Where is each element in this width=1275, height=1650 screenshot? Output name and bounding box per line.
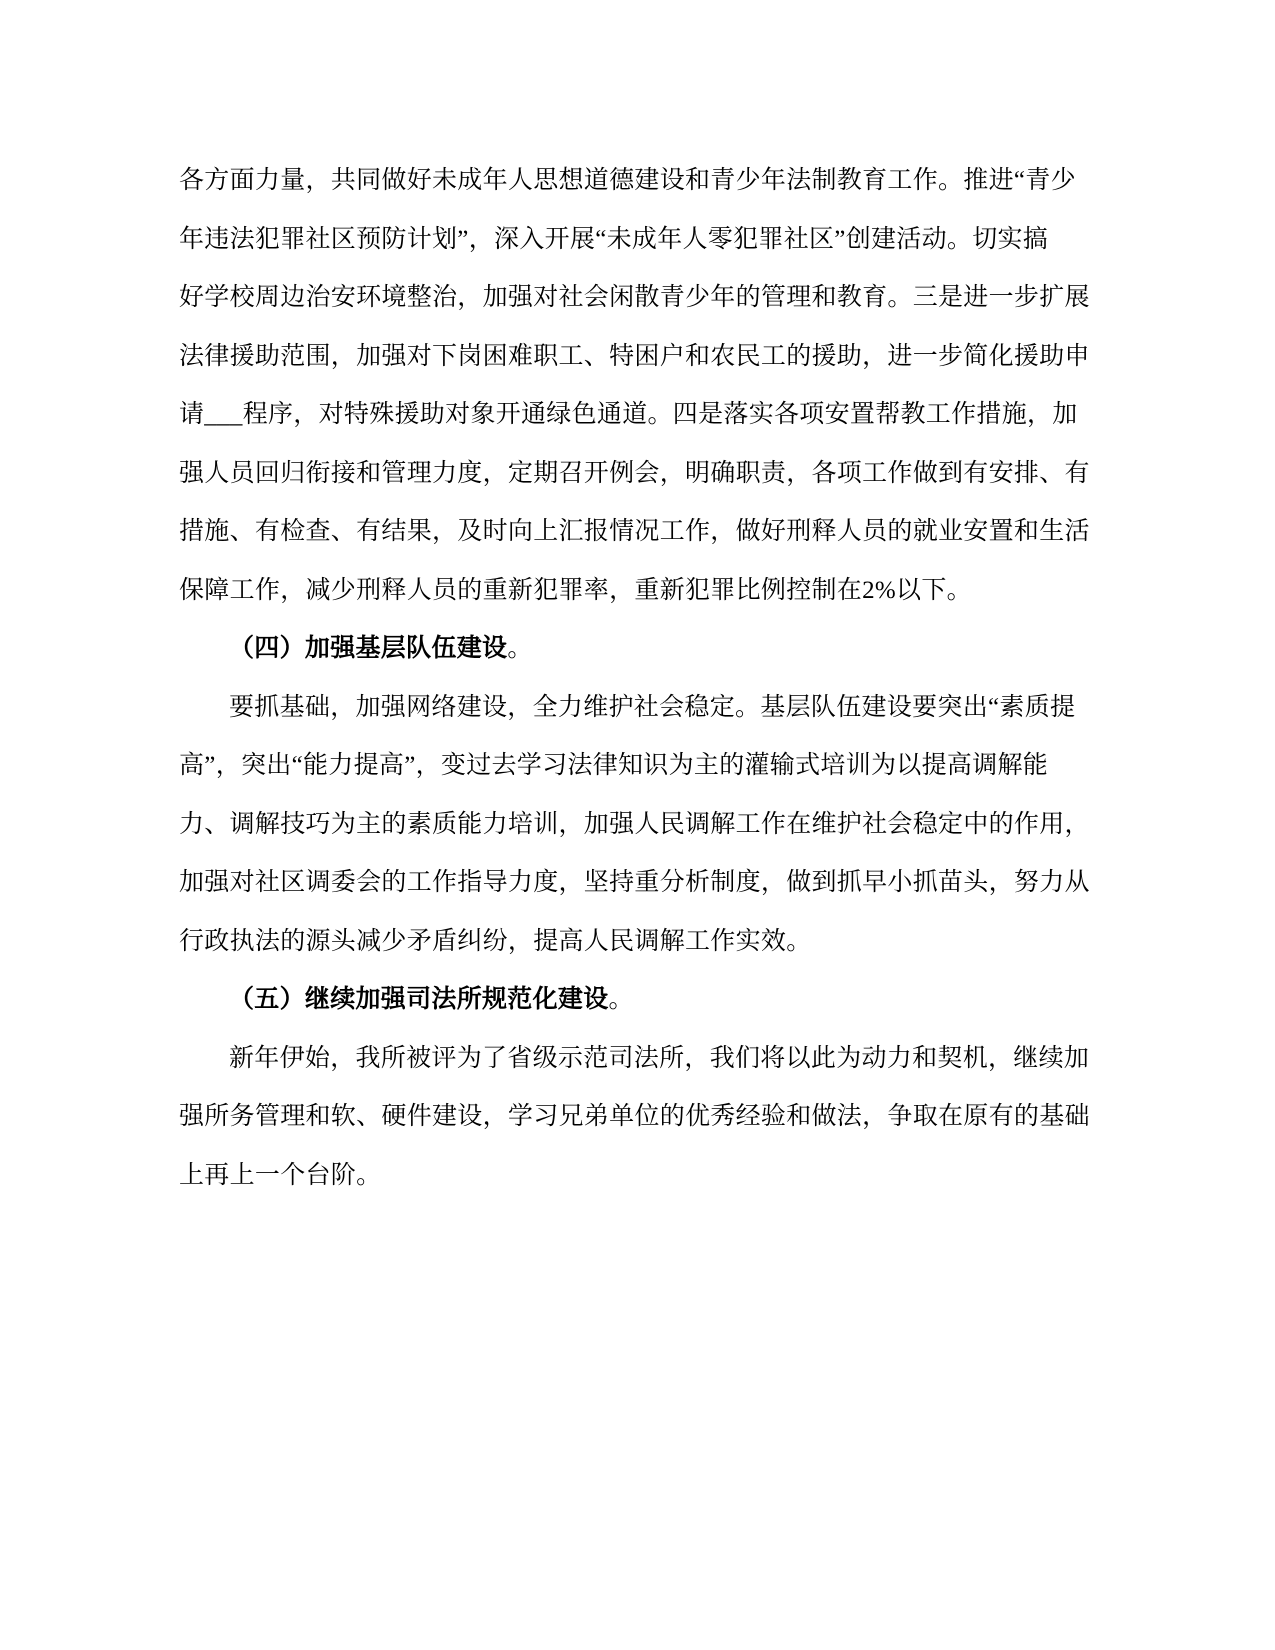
text-line-with-blank: 请___程序，对特殊援助对象开通绿色通道。四是落实各项安置帮教工作措施，加 bbox=[179, 386, 1093, 445]
section-heading-4-text: （四）加强基层队伍建设 bbox=[229, 635, 507, 662]
text-line: 好学校周边治安环境整治，加强对社会闲散青少年的管理和教育。三是进一步扩展 bbox=[179, 269, 1093, 328]
document-page: 各方面力量，共同做好未成年人思想道德建设和青少年法制教育工作。推进“青少 年违法… bbox=[0, 0, 1275, 1650]
section-heading-5-period: 。 bbox=[609, 986, 634, 1013]
document-text-block: 各方面力量，共同做好未成年人思想道德建设和青少年法制教育工作。推进“青少 年违法… bbox=[179, 152, 1093, 1205]
text-line: 行政执法的源头减少矛盾纠纷，提高人民调解工作实效。 bbox=[179, 913, 1093, 972]
section-heading-5-text: （五）继续加强司法所规范化建设 bbox=[229, 986, 609, 1013]
text-line: 各方面力量，共同做好未成年人思想道德建设和青少年法制教育工作。推进“青少 bbox=[179, 152, 1093, 211]
text-line: 强所务管理和软、硬件建设，学习兄弟单位的优秀经验和做法，争取在原有的基础 bbox=[179, 1088, 1093, 1147]
text-line: 上再上一个台阶。 bbox=[179, 1147, 1093, 1206]
text-line: 年违法犯罪社区预防计划”，深入开展“未成年人零犯罪社区”创建活动。切实搞 bbox=[179, 211, 1093, 270]
text-line: 加强对社区调委会的工作指导力度，坚持重分析制度，做到抓早小抓苗头，努力从 bbox=[179, 854, 1093, 913]
text-line: 保障工作，减少刑释人员的重新犯罪率，重新犯罪比例控制在2%以下。 bbox=[179, 562, 1093, 621]
section-heading-4-period: 。 bbox=[507, 635, 532, 662]
text-line: 力、调解技巧为主的素质能力培训，加强人民调解工作在维护社会稳定中的作用， bbox=[179, 796, 1093, 855]
paragraph-start-line: 新年伊始，我所被评为了省级示范司法所，我们将以此为动力和契机，继续加 bbox=[179, 1030, 1093, 1089]
paragraph-start-line: 要抓基础，加强网络建设，全力维护社会稳定。基层队伍建设要突出“素质提 bbox=[179, 679, 1093, 738]
section-heading-5: （五）继续加强司法所规范化建设。 bbox=[179, 971, 1093, 1030]
text-line: 法律援助范围，加强对下岗困难职工、特困户和农民工的援助，进一步简化援助申 bbox=[179, 328, 1093, 387]
text-line: 强人员回归衔接和管理力度，定期召开例会，明确职责，各项工作做到有安排、有 bbox=[179, 445, 1093, 504]
text-line: 高”，突出“能力提高”，变过去学习法律知识为主的灌输式培训为以提高调解能 bbox=[179, 737, 1093, 796]
section-heading-4: （四）加强基层队伍建设。 bbox=[179, 620, 1093, 679]
text-line: 措施、有检查、有结果，及时向上汇报情况工作，做好刑释人员的就业安置和生活 bbox=[179, 503, 1093, 562]
